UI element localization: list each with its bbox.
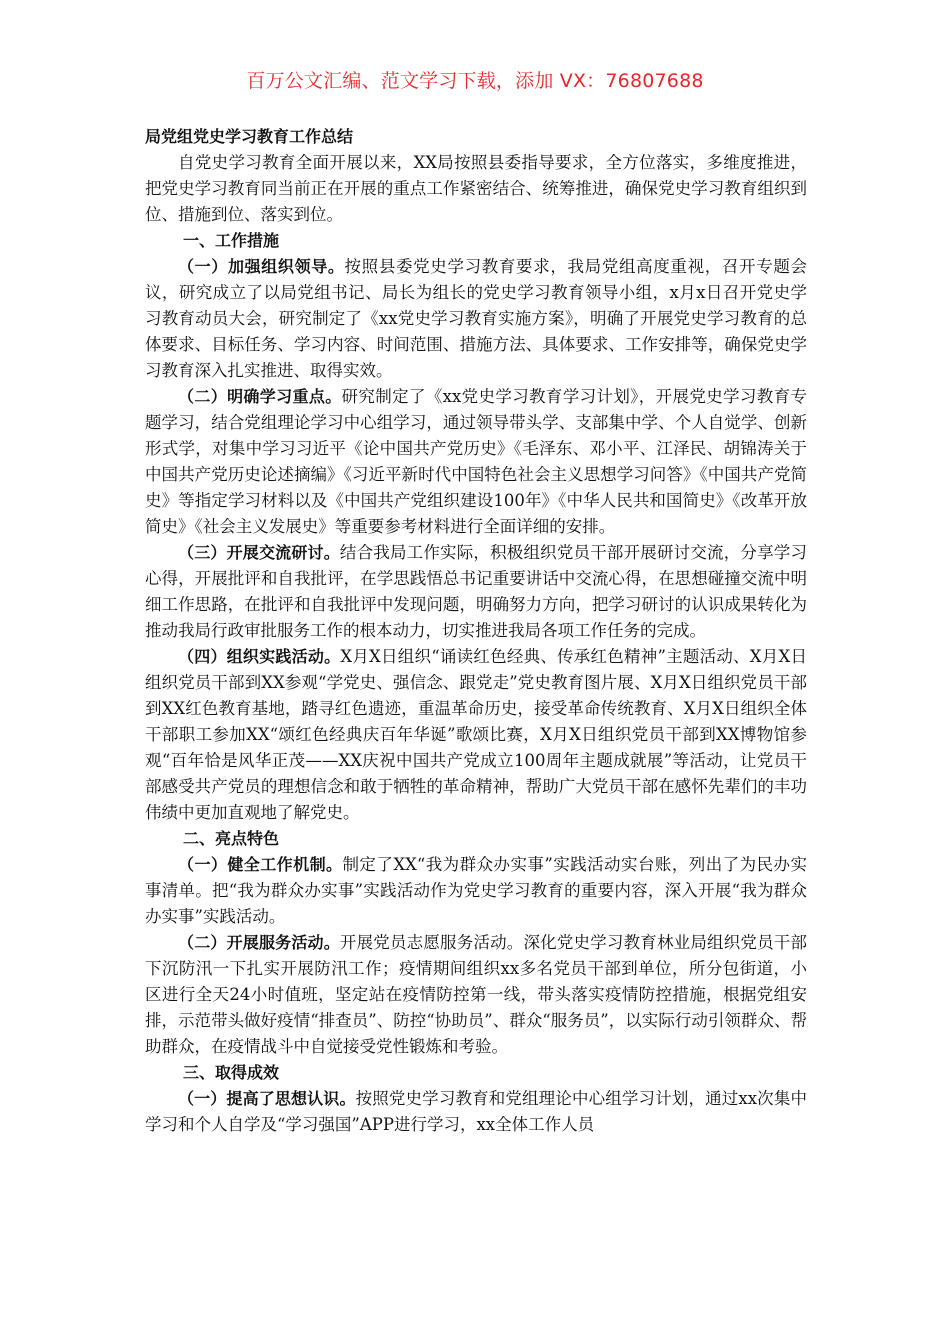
- paragraph-item: （一）健全工作机制。制定了XX“我为群众办实事”实践活动实台账，列出了为民办实事…: [145, 852, 807, 930]
- document-title: 局党组党史学习教育工作总结: [145, 124, 807, 150]
- promo-banner: 百万公文汇编、范文学习下载，添加 VX：76807688: [0, 66, 950, 96]
- paragraph-item: （四）组织实践活动。X月X日组织“诵读红色经典、传承红色精神”主题活动、X月X日…: [145, 644, 807, 826]
- section-heading-measures: 一、工作措施: [145, 228, 807, 254]
- paragraph-lead: （一）提高了思想认识。: [178, 1089, 356, 1108]
- paragraph-body: 研究制定了《xx党史学习教育学习计划》，开展党史学习教育专题学习，结合党组理论学…: [145, 387, 807, 536]
- paragraph-body: X月X日组织“诵读红色经典、传承红色精神”主题活动、X月X日组织党员干部到XX参…: [145, 647, 807, 822]
- paragraph-item: （一）提高了思想认识。按照党史学习教育和党组理论中心组学习计划，通过xx次集中学…: [145, 1086, 807, 1138]
- paragraph-lead: （一）加强组织领导。: [178, 257, 345, 276]
- paragraph-item: （二）开展服务活动。开展党员志愿服务活动。深化党史学习教育林业局组织党员干部下沉…: [145, 930, 807, 1060]
- paragraph-item: （一）加强组织领导。按照县委党史学习教育要求，我局党组高度重视，召开专题会议，研…: [145, 254, 807, 384]
- paragraph-item: （二）明确学习重点。研究制定了《xx党史学习教育学习计划》，开展党史学习教育专题…: [145, 384, 807, 540]
- paragraph-lead: （二）明确学习重点。: [178, 387, 342, 406]
- paragraph-lead: （三）开展交流研讨。: [178, 543, 340, 562]
- intro-paragraph: 自党史学习教育全面开展以来，XX局按照县委指导要求，全方位落实，多维度推进，把党…: [145, 150, 807, 228]
- promo-banner-text: 百万公文汇编、范文学习下载，添加 VX：76807688: [246, 70, 703, 92]
- paragraph-lead: （四）组织实践活动。: [178, 647, 340, 666]
- document-body: 局党组党史学习教育工作总结 自党史学习教育全面开展以来，XX局按照县委指导要求，…: [145, 124, 807, 1138]
- paragraph-lead: （一）健全工作机制。: [178, 855, 342, 874]
- section-heading-results: 三、取得成效: [145, 1060, 807, 1086]
- section-heading-highlights: 二、亮点特色: [145, 826, 807, 852]
- paragraph-lead: （二）开展服务活动。: [178, 933, 340, 952]
- paragraph-item: （三）开展交流研讨。结合我局工作实际，积极组织党员干部开展研讨交流，分享学习心得…: [145, 540, 807, 644]
